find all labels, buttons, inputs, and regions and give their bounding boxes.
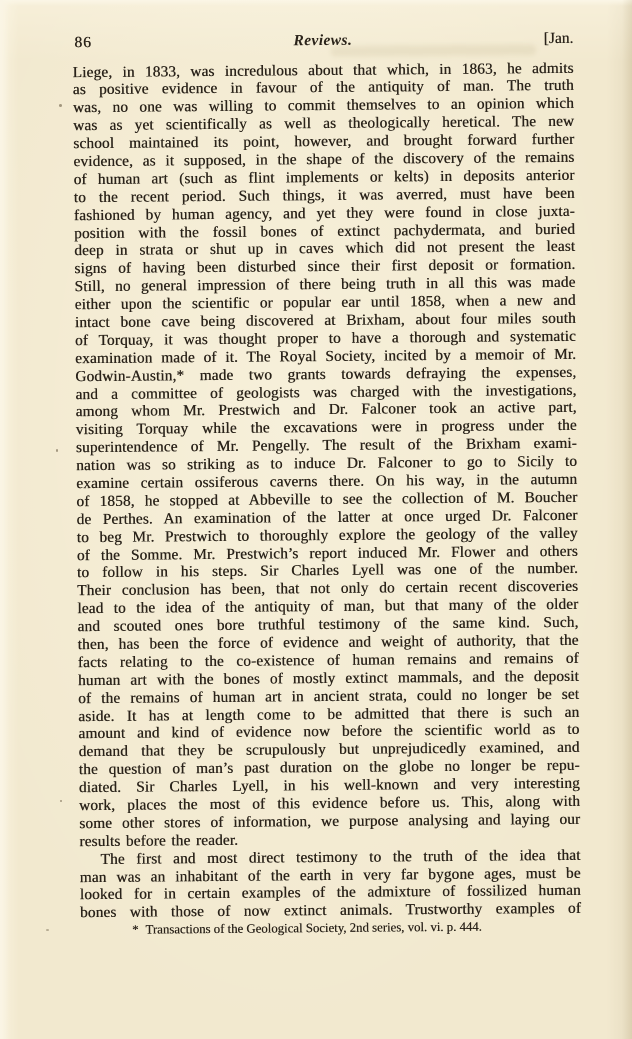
issue-label: [Jan. [544,30,574,48]
footnote: *Transactions of the Geological Society,… [80,918,581,938]
scan-speck [59,104,62,107]
body-text: Liege, in 1833, was incredulous about th… [73,59,581,922]
paper-edge-right [622,0,632,1039]
footnote-asterisk-marker: * [132,923,139,937]
book-page-scan: 86 Reviews. [Jan. Liege, in 1833, was in… [0,0,632,1039]
scan-speck [56,449,58,452]
scan-speck [60,800,62,802]
paper-edge-left [0,0,9,1039]
footnote-text: Transactions of the Geological Society, … [145,920,481,937]
running-title: Reviews. [72,30,573,52]
printed-content: 86 Reviews. [Jan. Liege, in 1833, was in… [72,0,582,1039]
scan-speck [46,929,49,931]
